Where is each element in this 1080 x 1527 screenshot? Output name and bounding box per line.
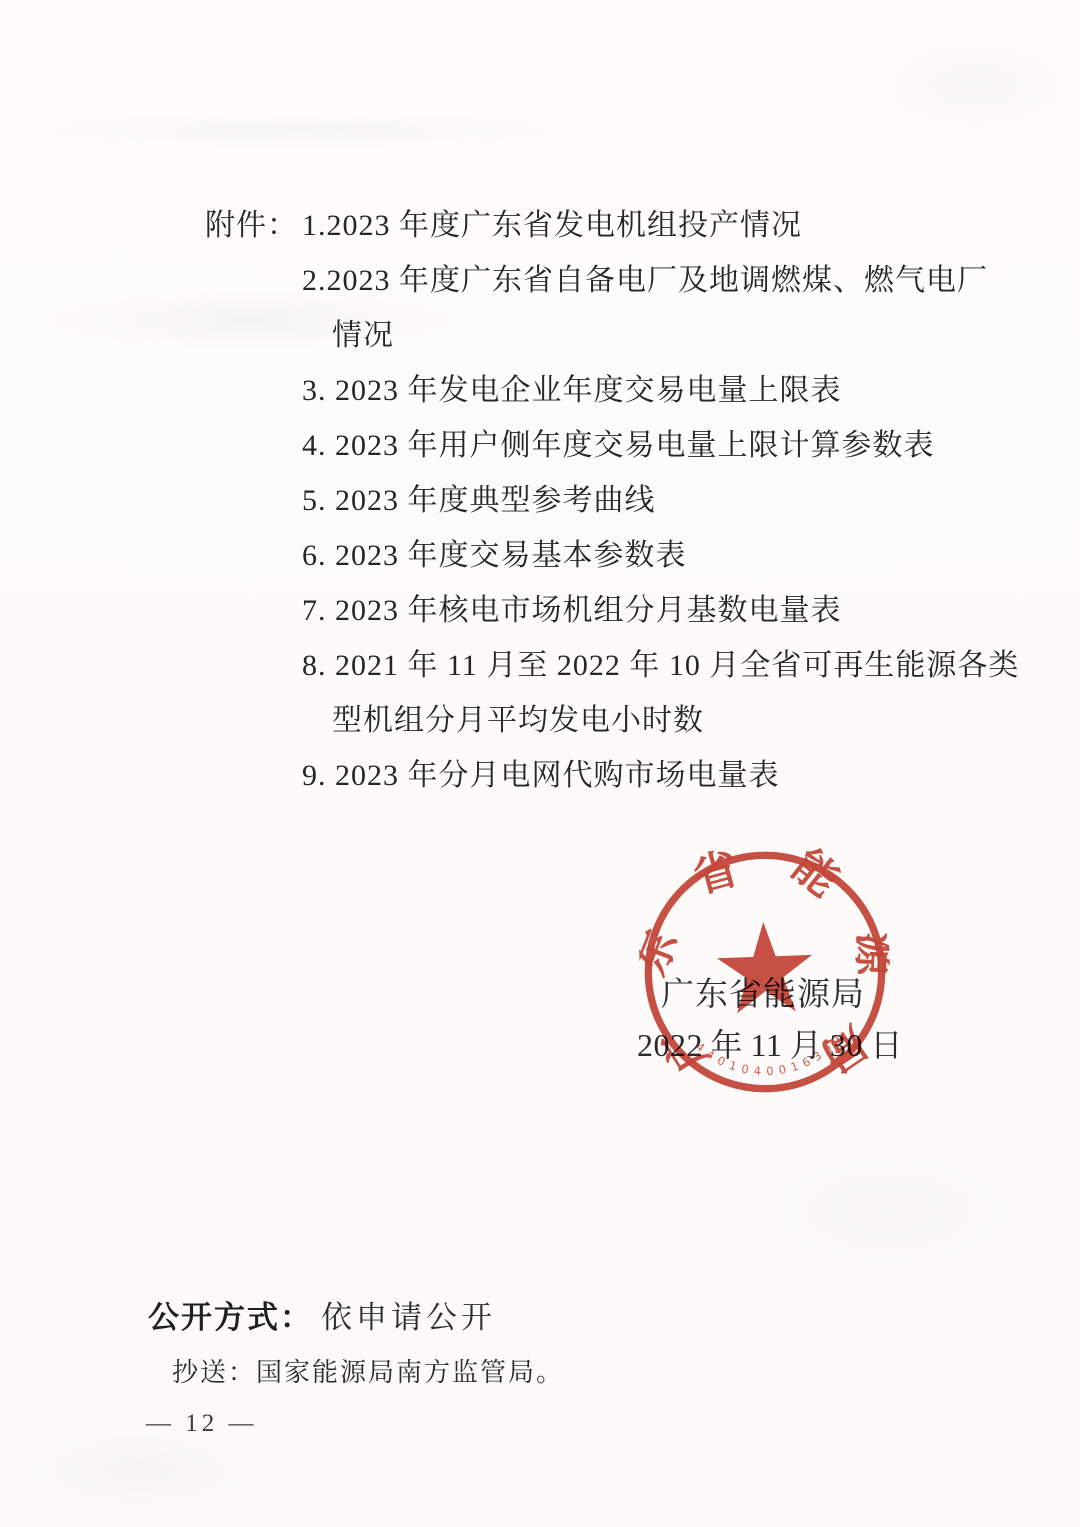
attachment-line-8: 8. 2021 年 11 月至 2022 年 10 月全省可再生能源各类 [302, 638, 1019, 693]
cc-line: 抄送：国家能源局南方监管局。 [172, 1352, 564, 1389]
attachment-line-5: 5. 2023 年度典型参考曲线 [302, 473, 1019, 528]
official-seal-stamp: 广东省能源局 4401040016399 [636, 843, 895, 1102]
attachment-line-4: 4. 2023 年用户侧年度交易电量上限计算参数表 [302, 418, 1019, 473]
seal-star-icon [716, 920, 814, 1014]
scan-smudge [30, 1430, 250, 1510]
document-page: 附件： 1.2023 年度广东省发电机组投产情况 2.2023 年度广东省自备电… [0, 0, 1080, 1527]
scan-smudge [20, 110, 580, 150]
attachment-line-3: 3. 2023 年发电企业年度交易电量上限表 [302, 363, 1019, 418]
attachment-line-7: 7. 2023 年核电市场机组分月基数电量表 [302, 583, 1019, 638]
attachment-line-9: 9. 2023 年分月电网代购市场电量表 [302, 748, 1019, 803]
attachment-line-2: 2.2023 年度广东省自备电厂及地调燃煤、燃气电厂 [302, 253, 1019, 308]
attachments-label: 附件： [205, 198, 298, 253]
page-number: — 12 — [146, 1410, 258, 1438]
attachments-block: 附件： 1.2023 年度广东省发电机组投产情况 2.2023 年度广东省自备电… [205, 198, 965, 803]
scan-smudge [760, 1150, 1020, 1270]
disclosure-method-line: 公开方式：依申请公开 [148, 1292, 496, 1337]
attachment-line-8-cont: 型机组分月平均发电小时数 [302, 693, 1019, 748]
attachment-line-2-cont: 情况 [302, 308, 1019, 363]
scan-smudge [880, 40, 1070, 130]
disclosure-method-label: 公开方式： [148, 1300, 313, 1335]
attachment-line-1: 1.2023 年度广东省发电机组投产情况 [302, 198, 1019, 253]
attachment-line-6: 6. 2023 年度交易基本参数表 [302, 528, 1019, 583]
disclosure-method-value: 依申请公开 [321, 1300, 496, 1335]
attachments-list: 1.2023 年度广东省发电机组投产情况 2.2023 年度广东省自备电厂及地调… [302, 198, 1019, 803]
